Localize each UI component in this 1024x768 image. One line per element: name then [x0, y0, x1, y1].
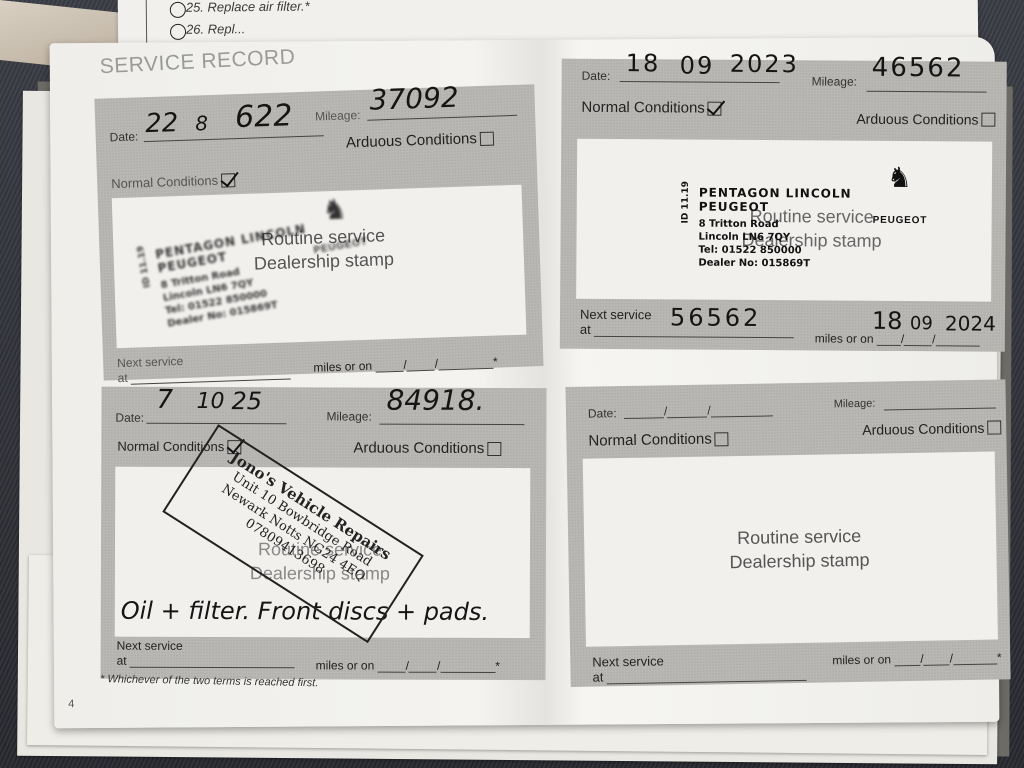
date-month: 09 — [680, 51, 715, 79]
address-line: Dealer No: 015869T — [698, 257, 851, 271]
mileage-label: Mileage: — [812, 74, 857, 88]
next-service-label: Next service — [592, 653, 664, 669]
normal-conditions-label: Normal Conditions — [581, 99, 705, 117]
next-service-label: Next service — [580, 307, 652, 322]
mileage-field[interactable] — [884, 394, 996, 411]
normal-conditions-label: Normal Conditions — [111, 173, 218, 192]
arduous-conditions: Arduous Conditions — [346, 130, 494, 152]
checked-circle-icon — [170, 24, 186, 40]
service-record-card-2: Date: 18 09 2023 Mileage: 46562 Normal C… — [560, 59, 1007, 352]
next-service-date: miles or on //* — [313, 354, 498, 375]
peugeot-logo-text: PEUGEOT — [873, 215, 928, 226]
arduous-conditions-label: Arduous Conditions — [346, 130, 477, 151]
date-year: 622 — [235, 98, 293, 135]
mileage-value: 46562 — [872, 53, 965, 84]
date-year: 25 — [231, 387, 262, 415]
next-date-day: 18 — [872, 307, 903, 335]
stamp-line-1: Routine service — [704, 523, 894, 550]
next-service-label: Next service — [117, 639, 183, 653]
date-day: 18 — [626, 49, 661, 77]
address-line: Tel: 01522 850000 — [698, 244, 851, 258]
next-date-month-field[interactable] — [406, 356, 434, 372]
date-day: 7 — [156, 385, 173, 415]
service-record-card-4: Date: // Mileage: Normal Conditions Ardu… — [565, 379, 1010, 687]
normal-conditions: Normal Conditions — [581, 99, 722, 117]
next-date-day-field[interactable] — [378, 658, 406, 673]
next-date-month: 09 — [910, 313, 933, 334]
date-label: Date: — [582, 69, 611, 83]
date-day: 22 — [145, 108, 179, 139]
address-line: 8 Tritton Road — [699, 218, 852, 232]
asterisk: * — [493, 355, 498, 369]
next-date-day-field[interactable] — [375, 357, 403, 373]
next-service-date: miles or on //* — [316, 657, 500, 673]
miles-or-on-label: miles or on — [316, 658, 375, 672]
next-date-year-field[interactable] — [440, 658, 495, 673]
next-service-date: miles or on //* — [832, 649, 1002, 667]
next-service-at: at — [592, 666, 807, 685]
normal-conditions-checkbox[interactable] — [708, 101, 722, 115]
stamp-area: Routine service Dealership stamp — [583, 452, 998, 647]
peugeot-lion-icon: ♞ — [322, 192, 348, 226]
mileage-label: Mileage: — [315, 108, 361, 123]
dealer-stamp: PENTAGON LINCOLN PEUGEOT 8 Tritton Road … — [154, 222, 319, 331]
arduous-conditions-label: Arduous Conditions — [862, 420, 984, 438]
normal-conditions-label: Normal Conditions — [588, 430, 712, 449]
miles-or-on-label: miles or on — [313, 359, 372, 375]
stamp-line-2: Dealership stamp — [704, 547, 894, 574]
dealer-brand: PEUGEOT — [699, 200, 852, 215]
next-service: Next service at — [117, 350, 291, 385]
next-service-miles-field[interactable] — [607, 666, 807, 684]
date-year: 2023 — [730, 50, 799, 78]
arduous-conditions: Arduous Conditions — [856, 111, 995, 128]
arduous-conditions-checkbox[interactable] — [987, 420, 1001, 434]
miles-or-on-label: miles or on — [815, 331, 874, 345]
arduous-conditions-label: Arduous Conditions — [856, 111, 978, 128]
next-service: Next service at — [592, 651, 807, 685]
normal-conditions-checkbox[interactable] — [221, 173, 235, 187]
checked-circle-icon — [170, 2, 186, 18]
service-record-card-1: Date: 22 8 622 Mileage: 37092 Normal Con… — [94, 84, 543, 380]
next-date-year: 2024 — [945, 311, 996, 335]
mileage-value: 84918. — [386, 384, 484, 417]
at-label: at — [117, 654, 127, 668]
stamp-id: ID 11.19 — [136, 245, 153, 289]
miles-or-on-label: miles or on — [832, 652, 891, 667]
arduous-conditions-label: Arduous Conditions — [353, 440, 484, 457]
arduous-conditions: Arduous Conditions — [862, 419, 1001, 437]
date-label: Date: — [588, 406, 617, 420]
date-month: 8 — [195, 111, 209, 135]
dealer-name: PENTAGON LINCOLN — [699, 186, 852, 201]
next-service-miles: 56562 — [670, 303, 762, 332]
mileage-label: Mileage: — [326, 409, 371, 423]
asterisk: * — [495, 659, 500, 673]
at-label: at — [117, 371, 127, 385]
mileage-value: 37092 — [369, 81, 459, 117]
normal-conditions: Normal Conditions — [111, 172, 235, 191]
next-service-miles-field[interactable] — [130, 653, 295, 669]
date-label: Date: — [109, 129, 138, 144]
stamp-area: Routine service Dealership stamp PENTAGO… — [112, 185, 527, 349]
stamp-id: ID 11.19 — [681, 181, 691, 223]
normal-conditions: Normal Conditions — [588, 430, 729, 449]
stamp-area: Routine service Dealership stamp PENTAGO… — [576, 139, 992, 302]
next-service: Next service at — [117, 639, 295, 669]
date-month-field[interactable] — [667, 403, 707, 419]
at-label: at — [592, 669, 603, 684]
arduous-conditions-checkbox[interactable] — [487, 441, 501, 455]
checklist-item: 26. Repl... — [186, 21, 245, 37]
asterisk: * — [997, 650, 1002, 664]
dealer-address: 8 Tritton Road Lincoln LN6 7QY Tel: 0152… — [698, 218, 851, 271]
checklist-item: 25. Replace air filter.* — [186, 0, 310, 15]
next-service-at: at — [117, 653, 295, 669]
date-month: 10 — [196, 389, 224, 414]
date-year-field[interactable] — [710, 401, 772, 417]
mileage-label: Mileage: — [834, 398, 876, 411]
dealer-stamp: PENTAGON LINCOLN PEUGEOT 8 Tritton Road … — [698, 186, 851, 271]
address-line: Lincoln LN6 7QY — [698, 231, 851, 245]
arduous-conditions: Arduous Conditions — [353, 440, 501, 458]
arduous-conditions-checkbox[interactable] — [480, 131, 494, 145]
service-record-page: SERVICE RECORD Date: 22 8 622 Mileage: 3… — [50, 37, 1000, 729]
next-date-year-field[interactable] — [953, 650, 997, 666]
next-date-month-field[interactable] — [409, 658, 437, 673]
page-title: SERVICE RECORD — [99, 45, 296, 79]
next-date-month-field[interactable] — [924, 650, 950, 665]
next-date-year-field[interactable] — [438, 354, 493, 371]
normal-conditions-checkbox[interactable] — [715, 432, 729, 446]
stamp-placeholder: Routine service Dealership stamp — [704, 523, 895, 574]
page-number: 4 — [68, 698, 74, 710]
next-date-day-field[interactable] — [894, 651, 920, 666]
date-day-field[interactable] — [624, 403, 664, 419]
at-label: at — [580, 322, 591, 337]
arduous-conditions-checkbox[interactable] — [982, 113, 996, 127]
peugeot-lion-icon: ♞ — [887, 161, 912, 194]
date-field[interactable]: // — [624, 401, 773, 419]
date-label: Date: — [115, 411, 144, 425]
